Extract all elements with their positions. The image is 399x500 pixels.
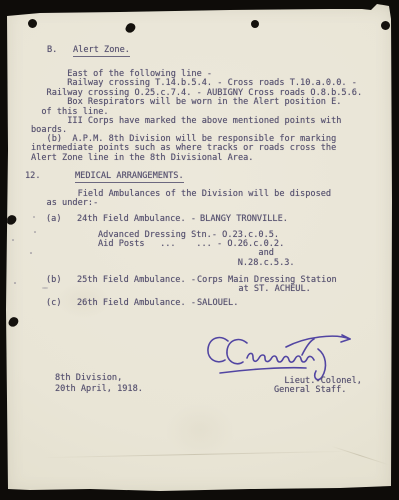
footer-division-date: 8th Division, 20th April, 1918. — [55, 373, 143, 394]
medical-line: as under:- — [31, 199, 331, 208]
scan-background: B. Alert Zone. East of the following lin… — [0, 0, 399, 500]
ambulance-unit: 26th Field Ambulance. - — [77, 299, 196, 308]
signature-rank-block: Lieut.-Colonel, General Staff. — [274, 377, 362, 396]
section-12-number: 12. — [25, 172, 41, 181]
ambulance-row-a: (a) 24th Field Ambulance. - BLANGY TRONV… — [0, 215, 399, 227]
pencil-speck — [33, 216, 35, 218]
footer-line: 20th April, 1918. — [55, 384, 143, 395]
section-12-title: MEDICAL ARRANGEMENTS. — [75, 172, 184, 183]
footer-line: 8th Division, — [55, 373, 143, 384]
apm-paragraph: (b) A.P.M. 8th Division will be responsi… — [31, 135, 336, 163]
apm-line: Alert Zone line in the 8th Divisional Ar… — [31, 154, 336, 163]
punch-hole — [28, 19, 37, 28]
pencil-speck — [34, 231, 36, 233]
ambulance-location-line2: at ST. ACHEUL. — [197, 285, 311, 294]
dressing-stations-block: Advanced Dressing Stn.- O.23.c.0.5. Aid … — [98, 231, 295, 268]
pencil-speck — [12, 239, 14, 241]
section-12-heading-row: 12. MEDICAL ARRANGEMENTS. — [0, 172, 399, 184]
ambulance-unit: 24th Field Ambulance. - — [77, 215, 196, 224]
ambulance-row-c: (c) 26th Field Ambulance. - SALOUEL. — [0, 299, 399, 311]
alert-zone-paragraph: East of the following line - Railway cro… — [31, 70, 362, 136]
medical-intro-paragraph: Field Ambulances of the Division will be… — [31, 190, 331, 209]
ambulance-label: (a) — [46, 215, 62, 224]
section-b-title: Alert Zone. — [73, 46, 130, 57]
rank-line: General Staff. — [274, 386, 362, 395]
pencil-speck — [14, 282, 16, 284]
ambulance-label: (b) — [46, 276, 62, 285]
punch-hole — [381, 21, 390, 30]
punch-hole — [251, 20, 259, 28]
ambulance-row-b: (b) 25th Field Ambulance. - Corps Main D… — [0, 276, 399, 298]
pencil-speck — [42, 287, 48, 289]
ambulance-label: (c) — [46, 299, 62, 308]
section-b-heading-row: B. Alert Zone. — [0, 46, 399, 58]
alert-line: III Corps have marked the above mentione… — [31, 117, 362, 126]
ambulance-unit: 25th Field Ambulance. - — [77, 276, 196, 285]
ambulance-location: SALOUEL. — [197, 299, 238, 308]
ambulance-location: BLANGY TRONVILLE. — [200, 215, 288, 224]
paper: B. Alert Zone. East of the following lin… — [0, 0, 399, 500]
pencil-speck — [30, 252, 32, 254]
dressing-line: N.28.c.5.3. — [98, 259, 295, 268]
section-b-number: B. — [47, 46, 57, 55]
